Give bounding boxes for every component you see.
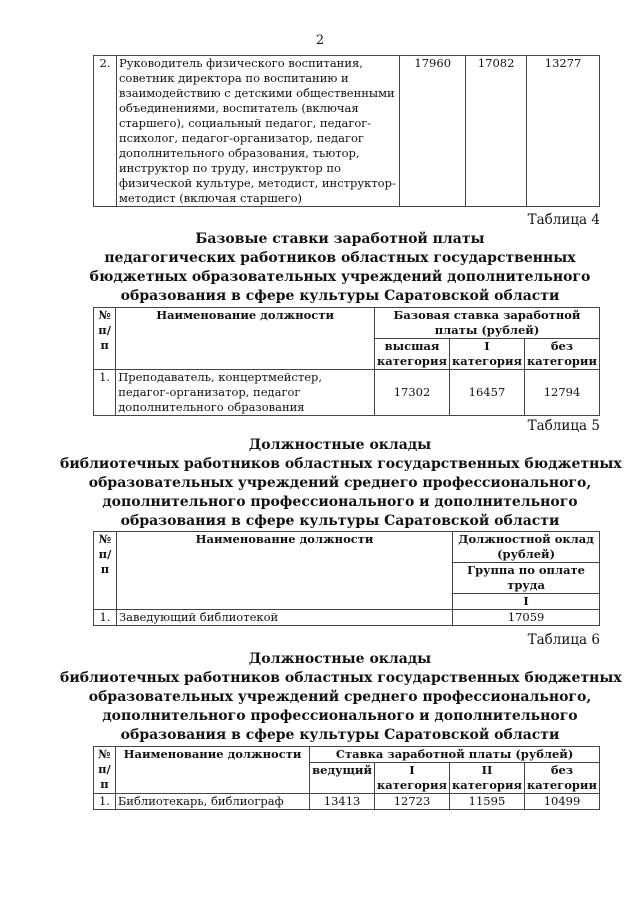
value-cell: 11595 [449, 794, 524, 810]
value-cell: 13277 [527, 56, 600, 207]
title-line: Должностные оклады [60, 650, 620, 669]
table-row: 2. Руководитель физического воспитания, … [94, 56, 600, 207]
position-name: Заведующий библиотекой [116, 610, 452, 626]
row-number: 1. [94, 610, 117, 626]
table6: № п/п Наименование должности Ставка зара… [93, 746, 600, 810]
header-sub: Группа по оплате труда [453, 563, 600, 594]
header-no: № п/п [94, 747, 116, 794]
title-line: библиотечных работников областных госуда… [60, 455, 620, 474]
value-cell: 17302 [375, 370, 450, 416]
title-line: педагогических работников областных госу… [60, 249, 620, 268]
header-name: Наименование должности [116, 308, 375, 370]
value-cell: 12723 [375, 794, 450, 810]
table5-label: Таблица 5 [528, 418, 600, 434]
value-cell: 13413 [310, 794, 375, 810]
header-sub: без категории [524, 763, 599, 794]
title-line: дополнительного профессионального и допо… [60, 493, 620, 512]
title-line: Должностные оклады [60, 436, 620, 455]
header-no: № п/п [94, 308, 116, 370]
title-line: образования в сфере культуры Саратовской… [60, 287, 620, 306]
title-line: образовательных учреждений среднего проф… [60, 688, 620, 707]
header-sub: II категория [449, 763, 524, 794]
position-name: Библиотекарь, библиограф [115, 794, 309, 810]
position-name: Преподаватель, концертмейстер, педагог-о… [116, 370, 375, 416]
title-line: дополнительного профессионального и допо… [60, 707, 620, 726]
table-row: 1. Заведующий библиотекой 17059 [94, 610, 600, 626]
position-name: Руководитель физического воспитания, сов… [116, 56, 399, 207]
header-group: Ставка заработной платы (рублей) [310, 747, 600, 763]
header-group: Должностной оклад (рублей) [453, 532, 600, 563]
page-number: 2 [0, 33, 640, 48]
value-cell: 17059 [453, 610, 600, 626]
title-line: образовательных учреждений среднего проф… [60, 474, 620, 493]
value-cell: 17082 [466, 56, 527, 207]
table4-title: Базовые ставки заработной платы педагоги… [60, 230, 620, 306]
table4-label: Таблица 4 [528, 212, 600, 228]
title-line: библиотечных работников областных госуда… [60, 669, 620, 688]
table5-title: Должностные оклады библиотечных работник… [60, 436, 620, 531]
header-sub: I категория [375, 763, 450, 794]
row-number: 2. [94, 56, 117, 207]
title-line: образования в сфере культуры Саратовской… [60, 512, 620, 531]
table5: № п/п Наименование должности Должностной… [93, 531, 600, 626]
header-name: Наименование должности [116, 532, 452, 610]
table6-title: Должностные оклады библиотечных работник… [60, 650, 620, 745]
table-row: 1. Преподаватель, концертмейстер, педаго… [94, 370, 600, 416]
header-sub: I [453, 594, 600, 610]
row-number: 1. [94, 370, 116, 416]
header-sub: I категория [449, 339, 524, 370]
row-number: 1. [94, 794, 116, 810]
table6-label: Таблица 6 [528, 632, 600, 648]
value-cell: 12794 [524, 370, 599, 416]
table4: № п/п Наименование должности Базовая ста… [93, 307, 600, 416]
title-line: образования в сфере культуры Саратовской… [60, 726, 620, 745]
value-cell: 17960 [400, 56, 466, 207]
table-continued: 2. Руководитель физического воспитания, … [93, 55, 600, 207]
value-cell: 16457 [449, 370, 524, 416]
table-row: 1. Библиотекарь, библиограф 13413 12723 … [94, 794, 600, 810]
title-line: Базовые ставки заработной платы [60, 230, 620, 249]
title-line: бюджетных образовательных учреждений доп… [60, 268, 620, 287]
header-sub: без категории [524, 339, 599, 370]
header-sub: высшая категория [375, 339, 450, 370]
value-cell: 10499 [524, 794, 599, 810]
header-sub: ведущий [310, 763, 375, 794]
header-no: № п/п [94, 532, 117, 610]
header-name: Наименование должности [115, 747, 309, 794]
header-group: Базовая ставка заработной платы (рублей) [375, 308, 600, 339]
